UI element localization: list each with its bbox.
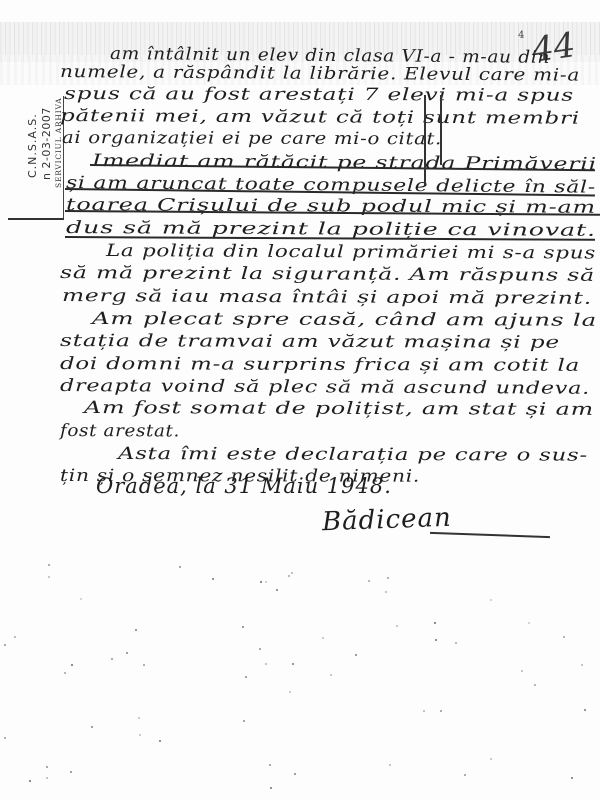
- stamp-underline: [8, 218, 64, 220]
- scan-speck: [490, 599, 492, 601]
- scan-speck: [276, 589, 278, 591]
- scan-speck: [126, 652, 128, 654]
- scan-speck: [179, 566, 181, 568]
- scan-speck: [260, 581, 262, 583]
- scan-speck: [242, 626, 244, 628]
- scan-speck: [288, 575, 290, 577]
- scan-speck: [563, 636, 565, 638]
- handwritten-line: merg să iau masa întâi și apoi mă prezin…: [62, 286, 592, 309]
- handwritten-line: ai organizației ei pe care mi-o citat.: [62, 128, 442, 149]
- scan-speck: [91, 726, 93, 728]
- scan-speck: [534, 684, 536, 686]
- handwritten-line: numele, a răspândit la librărie. Elevul …: [60, 62, 580, 86]
- scan-speck: [294, 773, 296, 775]
- scan-speck: [14, 636, 16, 638]
- scan-speck: [111, 658, 113, 660]
- scan-speck: [80, 598, 82, 600]
- scan-speck: [368, 580, 370, 582]
- scan-speck: [423, 710, 425, 712]
- scan-speck: [48, 564, 50, 566]
- handwritten-line: Imediat am rătăcit pe strada Primăverii: [92, 151, 597, 175]
- scan-speck: [385, 591, 387, 593]
- scan-speck: [245, 676, 247, 678]
- margin-stroke: [424, 95, 426, 185]
- scan-speck: [289, 691, 291, 693]
- scan-speck: [4, 737, 6, 739]
- handwritten-line: La poliția din localul primăriei mi s-a …: [106, 241, 596, 264]
- scan-speck: [64, 672, 66, 674]
- scan-speck: [48, 576, 50, 578]
- scan-speck: [396, 625, 398, 627]
- margin-stroke: [440, 95, 442, 165]
- scan-speck: [139, 734, 141, 736]
- scan-speck: [584, 709, 586, 711]
- page-number-small: 4: [518, 30, 524, 41]
- scan-speck: [143, 664, 145, 666]
- handwritten-line: stația de tramvai am văzut mașina și pe: [60, 331, 560, 353]
- scan-speck: [291, 572, 293, 574]
- scan-speck: [387, 577, 389, 579]
- scan-speck: [138, 717, 140, 719]
- scan-speck: [29, 780, 31, 782]
- handwritten-line: fost arestat.: [60, 421, 180, 441]
- scan-speck: [259, 648, 261, 650]
- scan-speck: [135, 629, 137, 631]
- scan-speck: [292, 663, 294, 665]
- scan-speck: [330, 674, 332, 676]
- handwritten-line: pătenii mei, am văzut că toți sunt membr…: [60, 106, 580, 129]
- scan-speck: [243, 720, 245, 722]
- scan-speck: [71, 664, 73, 666]
- scan-speck: [581, 664, 583, 666]
- scan-speck: [212, 578, 214, 580]
- handwritten-line: Am plecat spre casă, când am ajuns la: [92, 309, 597, 331]
- signature-flourish: [430, 532, 550, 538]
- scan-speck: [528, 622, 530, 624]
- scan-speck: [490, 758, 492, 760]
- scan-speck: [455, 642, 457, 644]
- handwritten-line: să mă prezint la siguranță. Am răspuns s…: [60, 263, 595, 286]
- scan-speck: [440, 710, 442, 712]
- scan-speck: [322, 637, 324, 639]
- scan-speck: [434, 622, 436, 624]
- scan-speck: [265, 663, 267, 665]
- scan-speck: [159, 740, 161, 742]
- scan-speck: [46, 777, 48, 779]
- handwritten-line: spus că au fost arestați 7 elevi mi-a sp…: [64, 84, 574, 106]
- scan-speck: [269, 764, 271, 766]
- scan-speck: [389, 764, 391, 766]
- scan-speck: [265, 581, 267, 583]
- date-line: Oradea, la 31 Maiu 1948.: [96, 474, 392, 498]
- handwritten-line: Am fost somat de polițist, am stat și am: [84, 398, 594, 420]
- handwritten-line: Asta îmi este declarația pe care o sus-: [118, 444, 588, 466]
- scan-speck: [464, 774, 466, 776]
- scan-speck: [355, 654, 357, 656]
- scan-speck: [435, 639, 437, 641]
- scan-speck: [571, 777, 573, 779]
- scanned-document-page: 4 44 C.N.S.A.S. n 2-03-2007 SERVICIUL AR…: [0, 0, 600, 800]
- scan-speck: [4, 644, 6, 646]
- scan-speck: [70, 771, 72, 773]
- scan-speck: [270, 787, 272, 789]
- scan-speck: [521, 670, 523, 672]
- scan-speck: [46, 766, 48, 768]
- handwritten-line: dreapta voind să plec să mă ascund undev…: [60, 376, 590, 399]
- stamp-date: n 2-03-2007: [40, 107, 53, 180]
- stamp-institution: C.N.S.A.S.: [26, 113, 39, 178]
- handwritten-line: doi domni m-a surprins frica și am cotit…: [60, 354, 580, 376]
